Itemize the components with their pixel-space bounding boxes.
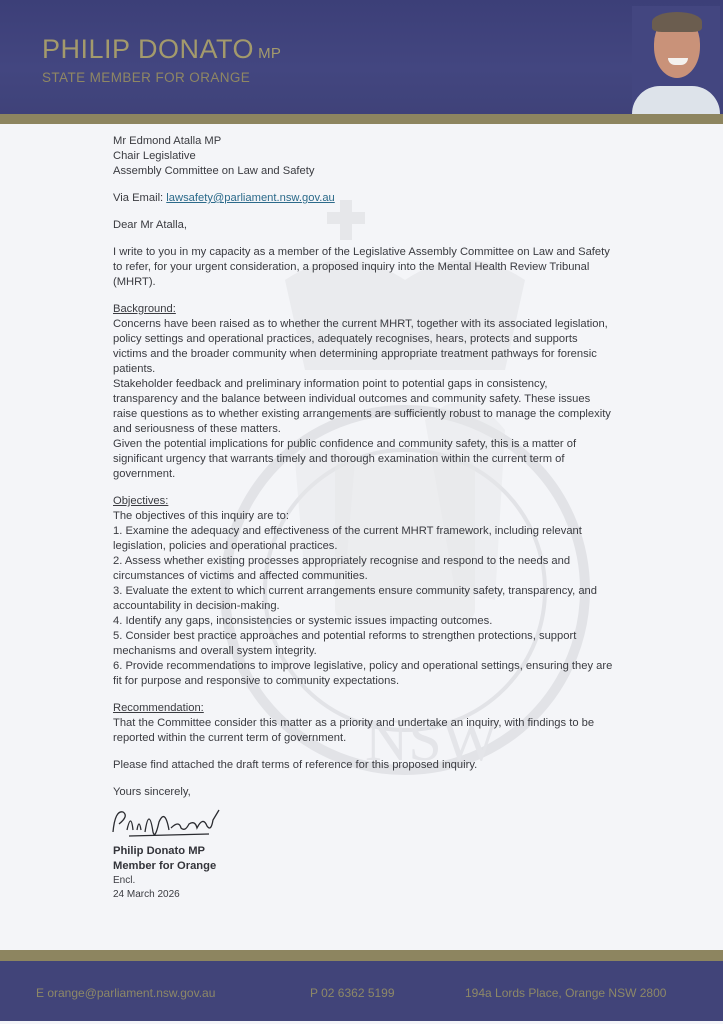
objective-item: 3. Evaluate the extent to which current … [113, 584, 613, 614]
objective-item: 6. Provide recommendations to improve le… [113, 659, 613, 689]
letter-date: 24 March 2026 [113, 888, 613, 902]
signatory-title: Member for Orange [113, 859, 613, 874]
objective-item: 1. Examine the adequacy and effectivenes… [113, 524, 613, 554]
footer-email: E orange@parliament.nsw.gov.au [36, 986, 215, 1000]
letterhead-subtitle: STATE MEMBER FOR ORANGE [42, 70, 250, 85]
signatory-name: Philip Donato MP [113, 844, 613, 859]
salutation: Dear Mr Atalla, [113, 218, 613, 233]
letter-body: Mr Edmond Atalla MP Chair Legislative As… [113, 134, 613, 902]
gold-divider-bottom [0, 950, 723, 961]
via-email-line: Via Email: lawsafety@parliament.nsw.gov.… [113, 191, 613, 206]
handwritten-signature-icon [109, 802, 613, 842]
objectives-lead: The objectives of this inquiry are to: [113, 509, 613, 524]
email-link[interactable]: lawsafety@parliament.nsw.gov.au [166, 192, 334, 204]
recipient-committee: Assembly Committee on Law and Safety [113, 164, 613, 179]
recipient-role: Chair Legislative [113, 149, 613, 164]
footer-phone: P 02 6362 5199 [310, 986, 395, 1000]
recommendation-heading: Recommendation: [113, 701, 613, 716]
enclosure-note: Encl. [113, 874, 613, 888]
background-paragraph: Stakeholder feedback and preliminary inf… [113, 377, 613, 437]
via-email-label: Via Email: [113, 192, 166, 204]
objective-item: 5. Consider best practice approaches and… [113, 629, 613, 659]
footer-address: 194a Lords Place, Orange NSW 2800 [465, 986, 666, 1000]
objective-item: 2. Assess whether existing processes app… [113, 554, 613, 584]
recommendation-text: That the Committee consider this matter … [113, 716, 613, 746]
recipient-name: Mr Edmond Atalla MP [113, 134, 613, 149]
letterhead-banner: PHILIP DONATOMP STATE MEMBER FOR ORANGE [0, 0, 723, 114]
letterhead-name: PHILIP DONATOMP [42, 34, 281, 65]
attachment-note: Please find attached the draft terms of … [113, 758, 613, 773]
portrait-photo-icon [632, 6, 720, 114]
mp-suffix: MP [258, 45, 281, 62]
gold-divider-top [0, 114, 723, 124]
intro-paragraph: I write to you in my capacity as a membe… [113, 245, 613, 290]
background-paragraph: Concerns have been raised as to whether … [113, 317, 613, 377]
letterhead-footer: E orange@parliament.nsw.gov.au P 02 6362… [0, 961, 723, 1021]
background-heading: Background: [113, 302, 613, 317]
background-paragraph: Given the potential implications for pub… [113, 437, 613, 482]
member-name: PHILIP DONATO [42, 34, 254, 64]
objectives-heading: Objectives: [113, 494, 613, 509]
objective-item: 4. Identify any gaps, inconsistencies or… [113, 614, 613, 629]
closing: Yours sincerely, [113, 785, 613, 800]
